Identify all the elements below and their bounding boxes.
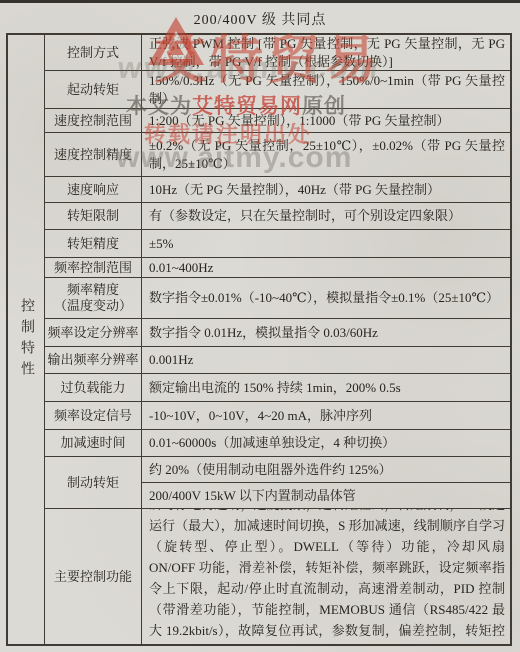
- row-content: 0.001Hz: [142, 347, 510, 373]
- row-label: 过负载能力: [45, 374, 142, 401]
- row-content: ±0.2%（无 PG 矢量控制，25±10℃），±0.02%（带 PG 矢量控制…: [142, 133, 510, 176]
- row-label: 起动转矩: [45, 71, 142, 108]
- row-label: 速度响应: [45, 177, 142, 202]
- row-content: 瞬时停电再起动，速度搜索，过转矩检出，转矩限制，17 段速运行（最大），加减速时…: [142, 509, 510, 644]
- row-content: 1:200（无 PG 矢量控制），1:1000（带 PG 矢量控制）: [142, 109, 510, 132]
- row-label: 频率精度 （温度变动）: [45, 278, 142, 318]
- table-row-freq-set-signal: 频率设定信号 -10~10V，0~10V，4~20 mA，脉冲序列: [45, 402, 510, 430]
- row-label: 输出频率分辨率: [45, 347, 142, 373]
- row-content: 0.01~60000s（加减速单独设定，4 种切换）: [142, 430, 510, 456]
- scanned-page: { "page": { "title": "200/400V 级 共同点" },…: [0, 0, 520, 652]
- row-content-lower: 200/400V 15kW 以下内置制动晶体管: [142, 483, 510, 508]
- table-row-starting-torque: 起动转矩 150%/0.3Hz（无 PG 矢量控制），150%/0~1min（带…: [45, 71, 510, 109]
- row-label: 频率控制范围: [45, 258, 142, 277]
- spec-table: 控制特性 控制方式 正弦波 PWM 控制 [带 PG 矢量控制，无 PG 矢量控…: [6, 33, 512, 646]
- row-content: ±5%: [142, 230, 510, 257]
- row-content: 正弦波 PWM 控制 [带 PG 矢量控制，无 PG 矢量控制，无 PG V/f…: [142, 35, 510, 70]
- row-label: 转矩限制: [45, 203, 142, 229]
- row-content: 10Hz（无 PG 矢量控制），40Hz（带 PG 矢量控制）: [142, 177, 510, 202]
- group-label: 控制特性: [16, 298, 36, 382]
- table-row-control-method: 控制方式 正弦波 PWM 控制 [带 PG 矢量控制，无 PG 矢量控制，无 P…: [45, 35, 510, 71]
- table-row-freq-accuracy: 频率精度 （温度变动） 数字指令±0.01%（-10~40℃），模拟量指令±0.…: [45, 278, 510, 319]
- row-label: 频率设定分辨率: [45, 319, 142, 346]
- table-row-accel-decel-time: 加减速时间 0.01~60000s（加减速单独设定，4 种切换）: [45, 430, 510, 457]
- row-label: 加减速时间: [45, 430, 142, 456]
- row-label: 制动转矩: [45, 457, 142, 508]
- page-top-rule: [0, 0, 520, 3]
- row-content: 0.01~400Hz: [142, 258, 510, 277]
- table-row-freq-range: 频率控制范围 0.01~400Hz: [45, 258, 510, 278]
- page-title: 200/400V 级 共同点: [0, 9, 520, 29]
- row-content: 150%/0.3Hz（无 PG 矢量控制），150%/0~1min（带 PG 矢…: [142, 71, 510, 108]
- row-label: 速度控制精度: [45, 133, 142, 176]
- row-content: 数字指令±0.01%（-10~40℃），模拟量指令±0.1%（25±10℃）: [142, 278, 510, 318]
- table-row-torque-limit: 转矩限制 有（参数设定，只在矢量控制时，可个别设定四象限）: [45, 203, 510, 230]
- table-row-overload-capacity: 过负载能力 额定输出电流的 150% 持续 1min，200% 0.5s: [45, 374, 510, 402]
- table-row-torque-accuracy: 转矩精度 ±5%: [45, 230, 510, 258]
- row-label: 速度控制范围: [45, 109, 142, 132]
- row-label: 频率设定信号: [45, 402, 142, 429]
- row-label: 主要控制功能: [45, 509, 142, 644]
- table-row-main-functions: 主要控制功能 瞬时停电再起动，速度搜索，过转矩检出，转矩限制，17 段速运行（最…: [45, 509, 510, 644]
- row-label-line2: （温度变动）: [54, 298, 132, 314]
- row-content-split: 约 20%（使用制动电阻器外选件约 125%） 200/400V 15kW 以下…: [142, 457, 510, 508]
- row-content: -10~10V，0~10V，4~20 mA，脉冲序列: [142, 402, 510, 429]
- table-row-speed-accuracy: 速度控制精度 ±0.2%（无 PG 矢量控制，25±10℃），±0.02%（带 …: [45, 133, 510, 177]
- row-content: 数字指令 0.01Hz，模拟量指令 0.03/60Hz: [142, 319, 510, 346]
- table-row-freq-set-resolution: 频率设定分辨率 数字指令 0.01Hz，模拟量指令 0.03/60Hz: [45, 319, 510, 347]
- row-label-line1: 频率精度: [67, 282, 119, 298]
- row-content: 额定输出电流的 150% 持续 1min，200% 0.5s: [142, 374, 510, 401]
- table-group-header: 控制特性: [8, 35, 45, 644]
- row-content: 有（参数设定，只在矢量控制时，可个别设定四象限）: [142, 203, 510, 229]
- row-label: 控制方式: [45, 35, 142, 70]
- table-rows: 控制方式 正弦波 PWM 控制 [带 PG 矢量控制，无 PG 矢量控制，无 P…: [45, 35, 510, 644]
- table-row-output-freq-resolution: 输出频率分辨率 0.001Hz: [45, 347, 510, 374]
- table-row-braking-torque: 制动转矩 约 20%（使用制动电阻器外选件约 125%） 200/400V 15…: [45, 457, 510, 509]
- row-content-upper: 约 20%（使用制动电阻器外选件约 125%）: [142, 457, 510, 483]
- row-label: 转矩精度: [45, 230, 142, 257]
- table-row-speed-range: 速度控制范围 1:200（无 PG 矢量控制），1:1000（带 PG 矢量控制…: [45, 109, 510, 133]
- table-row-speed-response: 速度响应 10Hz（无 PG 矢量控制），40Hz（带 PG 矢量控制）: [45, 177, 510, 203]
